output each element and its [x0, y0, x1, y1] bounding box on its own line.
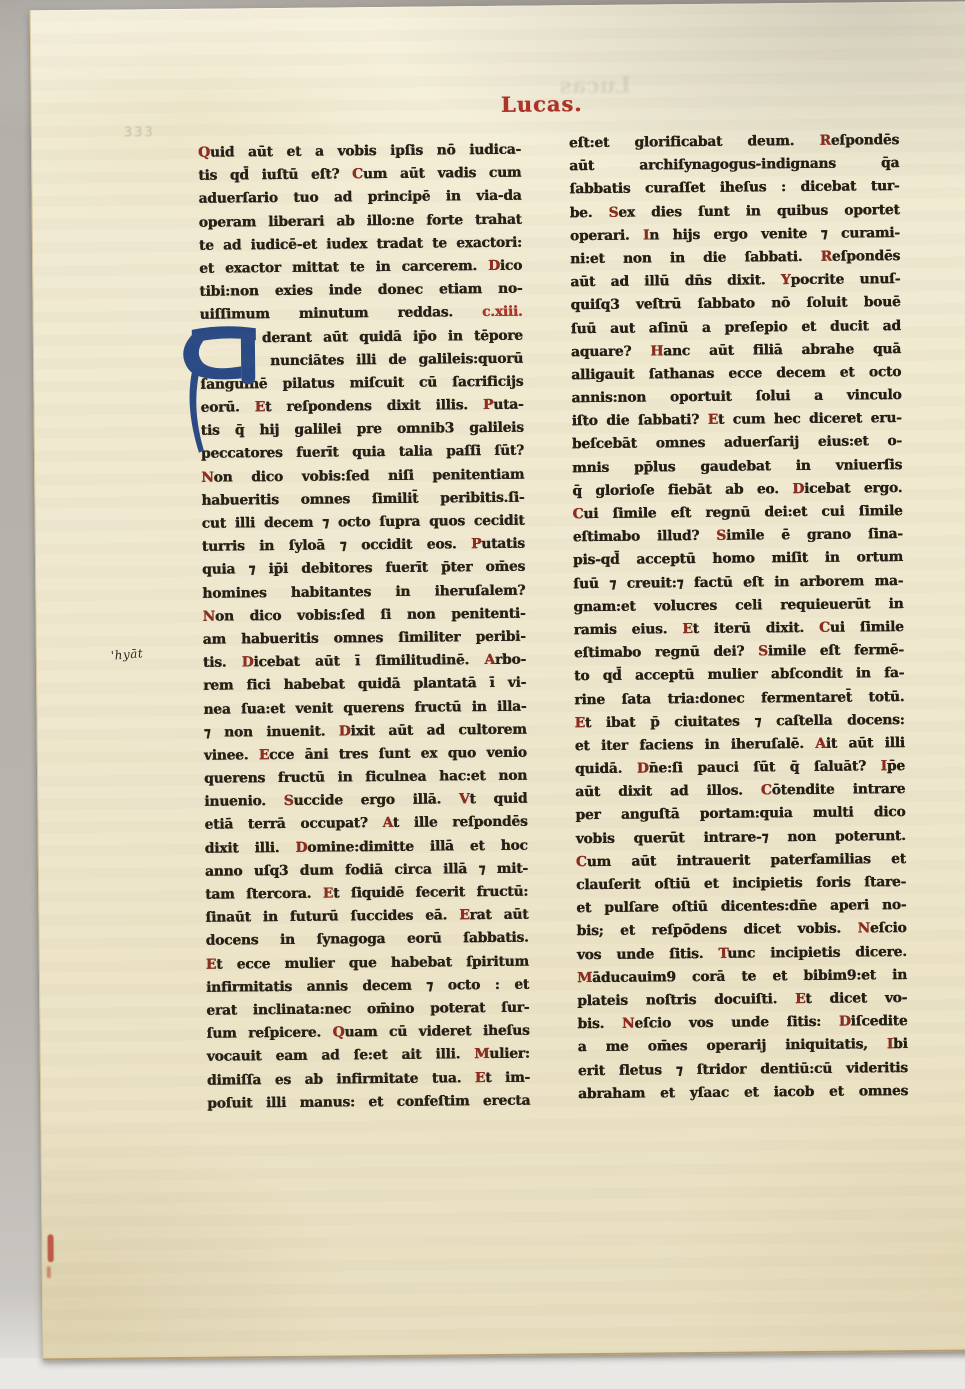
text-line: eſtimaboregnūdei?Simileeſtfermē-: [574, 642, 904, 668]
text-line: eſt:etglorificabatdeum.Reſpondēs: [569, 132, 899, 158]
margin-annotation: 'hyāt: [110, 646, 143, 663]
text-line: ſinaūtinfuturūſuccideseā.Erataūt: [205, 907, 528, 933]
text-line: inuenio.Succideergoillā.Vtquid: [204, 791, 527, 817]
text-line: neaſua:etvenitquerensfructūinilla-: [203, 698, 526, 724]
text-line: querensfructūinficulneahac:etnon: [204, 768, 527, 794]
text-line: etiterfaciensiniheruſalē.Aitaūtilli: [575, 735, 905, 761]
text-line: amhabueritisomnesſimiliterperibi-: [203, 629, 526, 655]
text-line: tisqd̄iuſtūeſt?Cumaūtvadiscum: [198, 165, 521, 191]
photograph-background: Lucas 333 Lucas. 'hyāt Quidaūtetavob: [0, 0, 965, 1389]
text-line: Nondicovobis:ſedniſipenitentiam: [201, 466, 524, 492]
text-column-left: Quidaūtetavobisipſisnōiudica-tisqd̄iuſtū…: [198, 142, 530, 1119]
text-line: clauſeritoſtiūetincipietisforisſtare-: [576, 874, 906, 900]
red-edge-mark-small: [47, 1266, 51, 1278]
text-line: iſtodieſabbati?Etcumhecdicereteru-: [572, 410, 902, 436]
text-line: etiāterrāoccupat?Atillereſpondēs: [204, 814, 527, 840]
text-line: teadiudicē-etiudextradatteexactori:: [199, 234, 522, 260]
text-line: aūtdixitadillos.Cōtenditeintrare: [575, 781, 905, 807]
text-line: eritfletus⁊ſtridordentiū:cūvideritis: [578, 1060, 908, 1086]
text-line: ni:etnonindieſabbati.Reſpondēs: [570, 248, 900, 274]
text-line: homineshabitantesiniheruſalem?: [202, 582, 525, 608]
text-line: operamliberariabillo:nefortetrahat: [199, 211, 522, 237]
text-line: abrahametyſaacetiacobetomnes: [578, 1083, 908, 1109]
text-line: pis-qd̄acceptūhomomiſitinortum: [573, 549, 903, 575]
text-line: aūtarchiſynagogus-indignansq̄a: [569, 155, 899, 181]
text-line: Etibatp̄ciuitates⁊caſtelladocens:: [575, 712, 905, 738]
text-column-right: eſt:etglorificabatdeum.Reſpondēsaūtarchi…: [569, 132, 908, 1109]
text-line: q̄glorioſefiebātabeo.Dicebatergo.: [572, 480, 902, 506]
text-line: eratinclinata:necom̄inopoteratſur-: [206, 1000, 529, 1026]
text-line: mnispp̄lusgaudebatinvniuerſis: [572, 457, 902, 483]
text-line: ameom̄esoperarijiniquitatis,Ibi: [578, 1036, 908, 1062]
text-line: aduerſariotuoadprincipēinvia-da: [198, 188, 521, 214]
text-line: ramiseius.Etiterūdixit.Cuiſimile: [574, 619, 904, 645]
red-edge-mark: [47, 1234, 53, 1262]
text-line: ſumreſpicere.Quamcūvideretiheſus: [206, 1023, 529, 1049]
text-line: quiſq3veſtrūſabbatonōſoluitbouē: [570, 294, 900, 320]
text-line: Cuiſimileeſtregnūdei:etcuiſimile: [572, 503, 902, 529]
text-line: poſuitillimanus:etconfeſtimerecta: [207, 1092, 530, 1118]
text-line: habueritisomnesſimilit̄peribitis.ſi-: [201, 489, 524, 515]
text-line: beſcebātomnesaduerſarijeius:eto-: [572, 433, 902, 459]
text-line: gnam:etvolucrescelirequieuerūtin: [573, 596, 903, 622]
pencil-foliation: 333: [124, 125, 155, 140]
text-line: vinee.Ecceānitresſuntexquovenio: [204, 745, 527, 771]
text-line: ſabbatiscuraſſetiheſus:dicebattur-: [569, 178, 899, 204]
text-line: plateisnoſtrisdocuiſti.Etdicetvo-: [577, 990, 907, 1016]
text-line: vosundeſitis.Tuncincipietisdicere.: [577, 944, 907, 970]
text-line: be.Sexdiesſuntinquibusoportet: [570, 202, 900, 228]
text-line: aquare?Hancaūtfiliāabrahequā: [571, 341, 901, 367]
text-line: turrisinſyloā⁊occiditeos.Putatis: [202, 536, 525, 562]
text-line: bis.Neſciovosundeſitis:Diſcedite: [577, 1013, 907, 1039]
text-line: Eteccemulierquehabebatſpiritum: [206, 953, 529, 979]
text-line: aūtadillūdn̄sdixit.Ypocriteunuſ-: [570, 271, 900, 297]
text-line: eſtimaboillud?Simileēgranoſina-: [573, 526, 903, 552]
text-line: cutillidecem⁊octoſupraquoscecidit: [202, 513, 525, 539]
illuminated-initial-A: [182, 320, 261, 459]
text-line: ⁊noninuenit.Dixitaūtadcultorem: [204, 721, 527, 747]
text-line: Quidaūtetavobisipſisnōiudica-: [198, 142, 521, 168]
text-line: rineſatatria:donecfermentaret̄totū.: [574, 689, 904, 715]
text-line: quidā.Dn̄e:ſipauciſūtq̄ſaluāt?Ip̄e: [575, 758, 905, 784]
mat-bottom-strip: [0, 1358, 965, 1389]
text-line: docensinſynagogaeorūſabbatis.: [206, 930, 529, 956]
text-line: dixitilli.Domine:dimitteillāethoc: [205, 837, 528, 863]
text-line: toqd̄acceptūmulierabſconditinfa-: [574, 665, 904, 691]
text-line: infirmitatisannisdecem⁊octo:et: [206, 976, 529, 1002]
text-line: etpulſareoſtiūdicentes:dn̄eaperino-: [576, 897, 906, 923]
text-line: etexactormittatteincarcerem.Dico: [199, 258, 522, 284]
text-line: Cumaūtintraueritpaterfamiliaset: [576, 851, 906, 877]
text-line: ſuūautaſinūapreſepioetducitad: [571, 318, 901, 344]
text-line: tamſtercora.Etſiquidēfeceritfructū:: [205, 884, 528, 910]
text-line: annouſq3dumfodiācircaillā⁊mit-: [205, 860, 528, 886]
text-line: annis:nonoportuitſoluiavinculo: [571, 387, 901, 413]
text-line: Māducauim9corāteetbibim9:etin: [577, 967, 907, 993]
text-line: remficihabebatquidāplantatāīvi-: [203, 675, 526, 701]
text-line: tibi:nonexiesindedonecetiamno-: [199, 281, 522, 307]
text-line: vocauiteamadſe:etaitilli.Mulier:: [207, 1046, 530, 1072]
text-line: dimiſſaesabinfirmitatetua.Etim-: [207, 1069, 530, 1095]
text-line: vobisquerūtintrare-⁊nonpoterunt.: [576, 828, 906, 854]
text-line: bis;etreſpōdensdicetvobis.Neſcio: [577, 920, 907, 946]
text-line: quia⁊ip̄idebitoresfuerītp̄terom̄es: [202, 559, 525, 585]
running-title: Lucas.: [462, 91, 622, 118]
manuscript-leaf: Lucas 333 Lucas. 'hyāt Quidaūtetavob: [30, 1, 965, 1360]
text-line: alligauitſathanaseccedecemetocto: [571, 364, 901, 390]
text-line: peranguſtāportam:quiamultidico: [575, 804, 905, 830]
text-line: tis.Dicebataūtīſimilitudinē.Arbo-: [203, 652, 526, 678]
text-line: operari.Inhijsergovenite⁊curami-: [570, 225, 900, 251]
text-line: Nondicovobis:ſedſinonpenitenti-: [202, 605, 525, 631]
text-line: ſuū⁊creuit:⁊factūeſtinarboremma-: [573, 573, 903, 599]
